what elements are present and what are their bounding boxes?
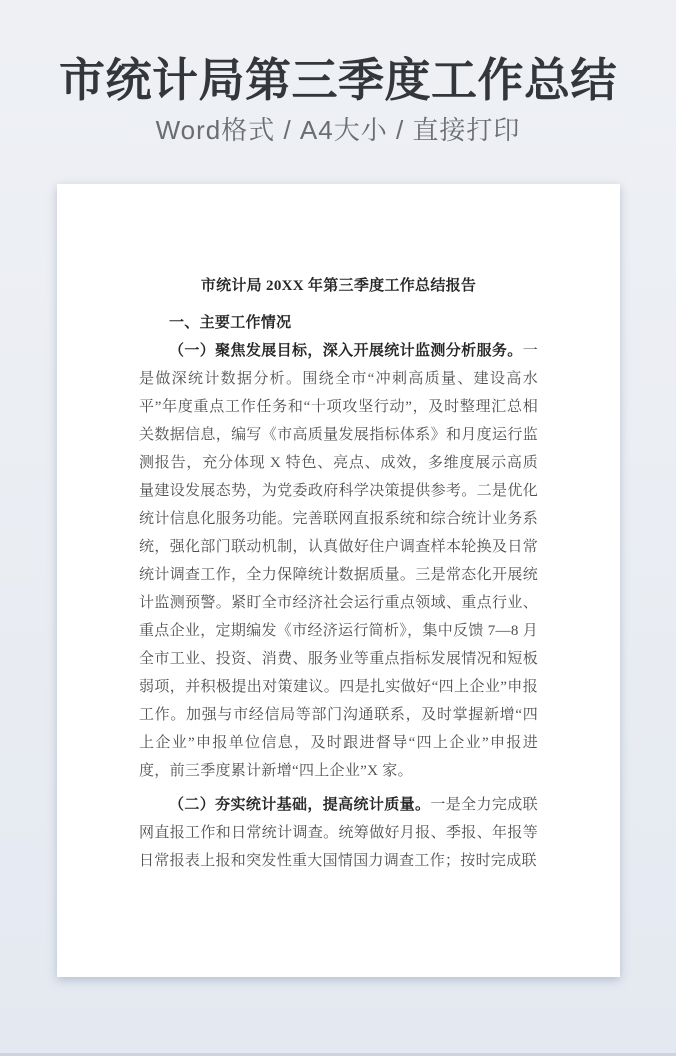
template-title: 市统计局第三季度工作总结 bbox=[0, 54, 676, 106]
template-subtitle: Word格式 / A4大小 / 直接打印 bbox=[0, 115, 676, 145]
paragraph-1-text: 一是做深统计数据分析。围绕全市“冲刺高质量、建设高水平”年度重点工作任务和“十项… bbox=[139, 343, 538, 779]
document-title: 市统计局 20XX 年第三季度工作总结报告 bbox=[139, 272, 538, 300]
document-page: 市统计局 20XX 年第三季度工作总结报告 一、主要工作情况 （一）聚焦发展目标… bbox=[57, 184, 620, 977]
paragraph-2: （二）夯实统计基础，提高统计质量。一是全力完成联网直报工作和日常统计调查。统筹做… bbox=[139, 791, 538, 875]
section-heading: 一、主要工作情况 bbox=[139, 309, 538, 337]
header: 市统计局第三季度工作总结 Word格式 / A4大小 / 直接打印 bbox=[0, 0, 676, 145]
paragraph-2-lead: （二）夯实统计基础，提高统计质量。 bbox=[169, 797, 430, 813]
background: 市统计局第三季度工作总结 Word格式 / A4大小 / 直接打印 市统计局 2… bbox=[0, 0, 676, 1056]
paragraph-1: （一）聚焦发展目标，深入开展统计监测分析服务。一是做深统计数据分析。围绕全市“冲… bbox=[139, 337, 538, 785]
document-body: 市统计局 20XX 年第三季度工作总结报告 一、主要工作情况 （一）聚焦发展目标… bbox=[139, 272, 538, 875]
paragraph-1-lead: （一）聚焦发展目标，深入开展统计监测分析服务。 bbox=[169, 343, 523, 359]
